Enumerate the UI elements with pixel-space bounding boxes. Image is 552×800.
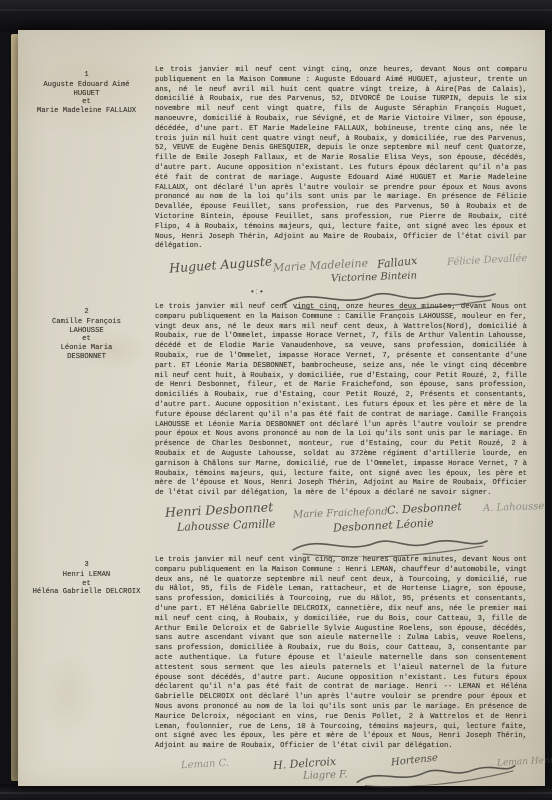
ink-blot: •ː• — [251, 287, 265, 296]
signature: Fallaux — [376, 254, 417, 271]
marriage-act-2: 2 Camille François LAHOUSSE et Léonie Ma… — [18, 303, 545, 558]
registry-page: 1 Auguste Edouard Aimé HUGUET et Marie M… — [18, 30, 545, 786]
act-1-number: 1 — [18, 71, 155, 80]
signature: Lahousse Camille — [177, 517, 276, 533]
signature: Desbonnet Léonie — [333, 516, 434, 534]
signature: Marie Fraichefond — [293, 506, 388, 520]
act-1-text: Le trois janvier mil neuf cent vingt cin… — [155, 66, 527, 252]
groom-name: Auguste Edouard Aimé — [18, 81, 155, 90]
marriage-act-1: 1 Auguste Edouard Aimé HUGUET et Marie M… — [18, 66, 545, 313]
act-3-number: 3 — [18, 561, 155, 570]
scanner-background-top — [0, 0, 552, 32]
bride-surname: DESBONNET — [18, 353, 155, 362]
signature: A. Lahousse — [483, 501, 545, 514]
signature: Liagre F. — [303, 769, 348, 782]
signature: Leman C. — [181, 758, 230, 772]
act-2-number: 2 — [18, 308, 155, 317]
bride-name: Héléna Gabrielle DELCROIX — [18, 588, 155, 597]
act-2-body-cell: Le trois janvier mil neuf cent vingt cin… — [155, 303, 527, 558]
act-2-margin-note: 2 Camille François LAHOUSSE et Léonie Ma… — [18, 303, 155, 558]
et-separator: et — [18, 98, 155, 107]
et-separator: et — [18, 335, 155, 344]
act-1-body-cell: Le trois janvier mil neuf cent vingt cin… — [155, 66, 527, 313]
signature: Henri Desbonnet — [165, 499, 274, 520]
signature: Huguet Auguste — [169, 254, 273, 276]
marriage-act-3: 3 Henri LEMAN et Héléna Gabrielle DELCRO… — [18, 556, 545, 791]
groom-name: Henri LEMAN — [18, 571, 155, 580]
bride-name: Léonie Maria — [18, 344, 155, 353]
officiant-signature-flourish — [351, 759, 522, 790]
act-3-text: Le trois janvier mil neuf cent vingt cin… — [155, 556, 527, 752]
act-2-signature-block: Henri Desbonnet Marie Fraichefond C. Des… — [155, 502, 527, 558]
signature: Victorine Bintein — [331, 271, 417, 285]
act-3-signature-block: Leman C. H. Delcroix Hortense Leman Henr… — [155, 755, 527, 791]
groom-name: Camille François — [18, 318, 155, 327]
act-3-body-cell: Le trois janvier mil neuf cent vingt cin… — [155, 556, 527, 791]
act-3-margin-note: 3 Henri LEMAN et Héléna Gabrielle DELCRO… — [18, 556, 155, 791]
act-1-margin-note: 1 Auguste Edouard Aimé HUGUET et Marie M… — [18, 66, 155, 313]
bride-name: Marie Madeleine FALLAUX — [18, 107, 155, 116]
officiant-signature-flourish — [285, 533, 495, 557]
signature: Félicie Devallée — [447, 253, 528, 268]
act-2-text: Le trois janvier mil neuf cent vingt cin… — [155, 303, 527, 499]
signature: C. Desbonnet — [387, 500, 462, 517]
